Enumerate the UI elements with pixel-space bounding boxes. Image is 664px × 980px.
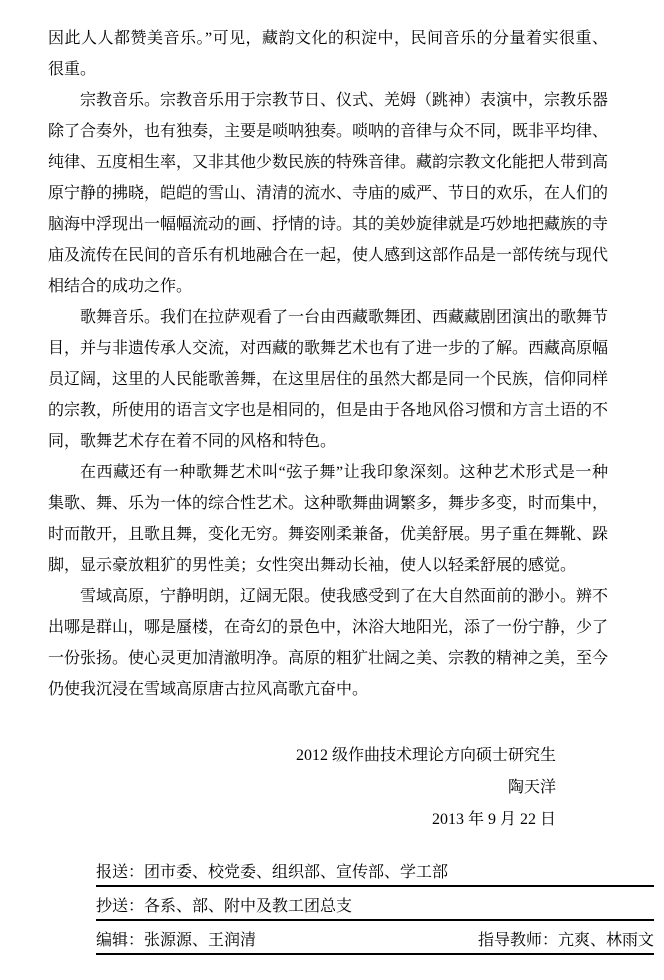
document-page: 因此人人都赞美音乐。”可见，藏韵文化的积淀中，民间音乐的分量着实很重、很重。宗教… xyxy=(0,0,664,980)
text-line: 在西藏还有一种歌舞艺术叫“弦子舞”让我印象深刻。这种艺术形式是一种 xyxy=(48,457,608,488)
text-line: 仍使我沉浸在雪域高原唐古拉风高歌亢奋中。 xyxy=(48,674,608,705)
text-line: 相结合的成功之作。 xyxy=(48,271,608,302)
paragraph: 宗教音乐。宗教音乐用于宗教节日、仪式、羌姆（跳神）表演中，宗教乐器除了合奏外，也… xyxy=(48,85,608,302)
footer-editors-text: 编辑：张源源、王润清 xyxy=(96,930,256,951)
signature-program: 2012 级作曲技术理论方向硕士研究生 xyxy=(48,740,556,772)
text-line: 同，歌舞艺术存在着不同的风格和特色。 xyxy=(48,426,608,457)
text-line: 的宗教，所使用的语言文字也是相同的，但是由于各地风俗习惯和方言土语的不 xyxy=(48,395,608,426)
text-line: 时而散开，且歌且舞，变化无穷。舞姿刚柔兼备，优美舒展。男子重在舞靴、跺 xyxy=(48,519,608,550)
text-line: 员辽阔，这里的人民能歌善舞，在这里居住的虽然大都是同一个民族，信仰同样 xyxy=(48,364,608,395)
text-line: 目，并与非遗传承人交流，对西藏的歌舞艺术也有了进一步的了解。西藏高原幅 xyxy=(48,333,608,364)
signature-block: 2012 级作曲技术理论方向硕士研究生 陶天洋 2013 年 9 月 22 日 xyxy=(48,740,608,836)
paragraph: 因此人人都赞美音乐。”可见，藏韵文化的积淀中，民间音乐的分量着实很重、很重。 xyxy=(48,23,608,85)
footer-advisors-text: 指导教师：亢爽、林雨文 xyxy=(478,930,654,951)
text-line: 脑海中浮现出一幅幅流动的画、抒情的诗。其的美妙旋律就是巧妙地把藏族的寺 xyxy=(48,209,608,240)
text-line: 歌舞音乐。我们在拉萨观看了一台由西藏歌舞团、西藏藏剧团演出的歌舞节 xyxy=(48,302,608,333)
paragraph: 雪域高原，宁静明朗，辽阔无限。使我感受到了在大自然面前的渺小。辨不出哪是群山，哪… xyxy=(48,581,608,705)
signature-date: 2013 年 9 月 22 日 xyxy=(48,804,556,836)
text-line: 原宁静的拂晓，皑皑的雪山、清清的流水、寺庙的威严、节日的欢乐，在人们的 xyxy=(48,178,608,209)
text-line: 纯律、五度相生率，又非其他少数民族的特殊音律。藏韵宗教文化能把人带到高 xyxy=(48,147,608,178)
text-line: 很重。 xyxy=(48,54,608,85)
text-line: 庙及流传在民间的音乐有机地融合在一起，使人感到这部作品是一部传统与现代 xyxy=(48,240,608,271)
text-line: 集歌、舞、乐为一体的综合性艺术。这种歌舞曲调繁多，舞步多变，时而集中， xyxy=(48,488,608,519)
text-line: 雪域高原，宁静明朗，辽阔无限。使我感受到了在大自然面前的渺小。辨不 xyxy=(48,581,608,612)
footer-row-copy: 抄送：各系、部、附中及教工团总支 xyxy=(96,896,654,921)
signature-author: 陶天洋 xyxy=(48,772,556,804)
text-line: 除了合奏外，也有独奏，主要是唢呐独奏。唢呐的音律与众不同，既非平均律、 xyxy=(48,116,608,147)
footer-distribution-text: 报送：团市委、校党委、组织部、宣传部、学工部 xyxy=(96,862,448,883)
footer-copy-text: 抄送：各系、部、附中及教工团总支 xyxy=(96,896,352,917)
text-line: 宗教音乐。宗教音乐用于宗教节日、仪式、羌姆（跳神）表演中，宗教乐器 xyxy=(48,85,608,116)
paragraph: 在西藏还有一种歌舞艺术叫“弦子舞”让我印象深刻。这种艺术形式是一种集歌、舞、乐为… xyxy=(48,457,608,581)
text-line: 出哪是群山，哪是蜃楼，在奇幻的景色中，沐浴大地阳光，添了一份宁静，少了 xyxy=(48,612,608,643)
document-body: 因此人人都赞美音乐。”可见，藏韵文化的积淀中，民间音乐的分量着实很重、很重。宗教… xyxy=(0,0,664,955)
paragraph: 歌舞音乐。我们在拉萨观看了一台由西藏歌舞团、西藏藏剧团演出的歌舞节目，并与非遗传… xyxy=(48,302,608,457)
footer: 报送：团市委、校党委、组织部、宣传部、学工部 抄送：各系、部、附中及教工团总支 … xyxy=(96,862,654,955)
paragraphs-container: 因此人人都赞美音乐。”可见，藏韵文化的积淀中，民间音乐的分量着实很重、很重。宗教… xyxy=(48,23,608,705)
text-line: 一份张扬。使心灵更加清澈明净。高原的粗犷壮阔之美、宗教的精神之美，至今 xyxy=(48,643,608,674)
text-line: 因此人人都赞美音乐。”可见，藏韵文化的积淀中，民间音乐的分量着实很重、 xyxy=(48,23,608,54)
footer-row-distribution: 报送：团市委、校党委、组织部、宣传部、学工部 xyxy=(96,862,654,887)
text-line: 脚，显示豪放粗犷的男性美；女性突出舞动长袖，使人以轻柔舒展的感觉。 xyxy=(48,550,608,581)
footer-row-editors: 编辑：张源源、王润清 指导教师：亢爽、林雨文 xyxy=(96,930,654,955)
